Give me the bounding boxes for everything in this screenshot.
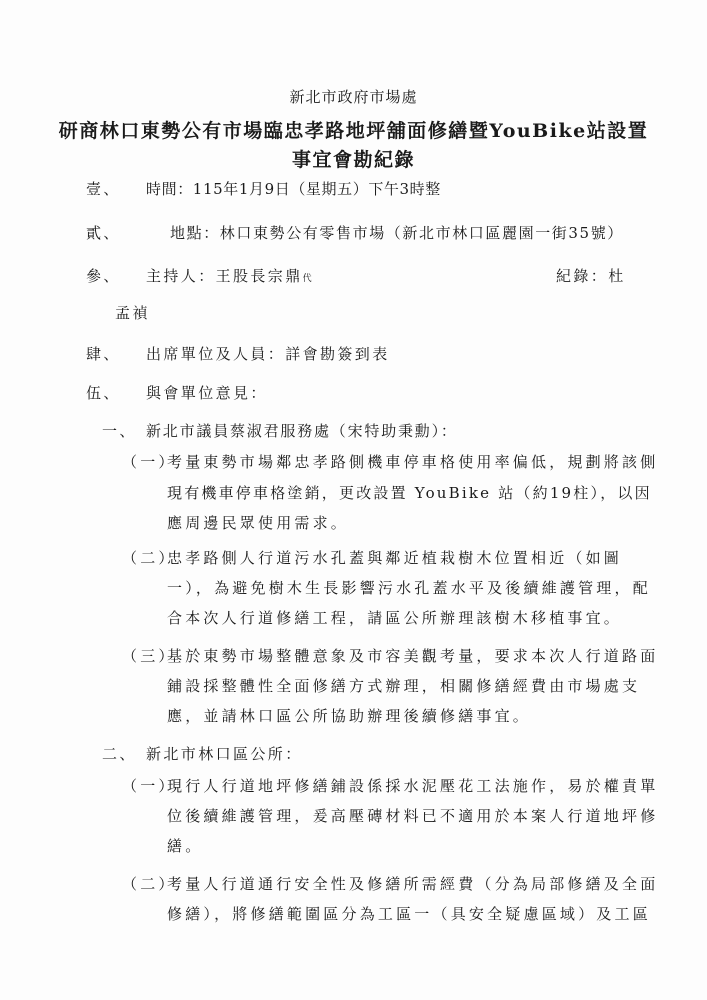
item-text-line: 忠孝路側人行道污水孔蓋與鄰近植栽樹木位置相近（如圖 [167,547,622,568]
host-name: 主持人：王股長宗鼎 [146,267,303,285]
item-text-line: 位後續維護管理，爰高壓磚材料已不適用於本案人行道地坪修 [167,805,658,826]
recorder-label: 紀錄：杜 [556,265,626,286]
attendees: 出席單位及人員：詳會勘簽到表 [146,343,390,364]
item-text-line: 繕。 [167,835,203,856]
item-text-line: 應周邊民眾使用需求。 [167,512,349,533]
item-text-line: 基於東勢市場整體意象及市容美觀考量，要求本次人行道路面 [167,645,658,666]
opinion-number: 一、 [102,420,137,441]
host-subscript: 代 [303,274,312,284]
item-text-line: 一），為避免樹木生長影響污水孔蓋水平及後續維護管理，配 [167,577,651,598]
document-page: 新北市政府市場處 研商林口東勢公有市場臨忠孝路地坪舖面修繕暨YouBike站設置… [0,0,707,1000]
item-text-line: 現行人行道地坪修繕鋪設係採水泥壓花工法施作，易於權責單 [167,775,658,796]
item-text-line: 鋪設採整體性全面修繕方式辦理，相關修繕經費由市場處支 [167,675,640,696]
item-text-line: 考量人行道通行安全性及修繕所需經費（分為局部修繕及全面 [167,873,658,894]
item-text-line: 考量東勢市場鄰忠孝路側機車停車格使用率偏低，規劃將該側 [167,451,658,472]
meeting-location: 地點：林口東勢公有零售市場（新北市林口區麗園一街35號） [170,222,624,243]
item-text-line: 修繕），將修繕範圍區分為工區一（具安全疑慮區域）及工區 [167,903,651,924]
meeting-host: 主持人：王股長宗鼎代 [146,265,312,286]
document-title-line-1: 研商林口東勢公有市場臨忠孝路地坪舖面修繕暨YouBike站設置 [0,116,707,143]
recorder-name-continuation: 孟禎 [115,302,150,323]
section-number: 肆、 [86,343,121,364]
opinion-number: 二、 [102,743,137,764]
opinions-heading: 與會單位意見： [146,382,268,403]
organization-header: 新北市政府市場處 [0,86,707,107]
opinion-unit: 新北市議員蔡淑君服務處（宋特助秉勳）： [146,420,458,441]
section-number: 壹、 [86,178,121,199]
item-text-line: 現有機車停車格塗銷，更改設置 YouBike 站（約19柱），以因 [167,482,652,503]
item-text-line: 合本次人行道修繕工程，請區公所辦理該樹木移植事宜。 [167,607,622,628]
document-title-line-2: 事宜會勘紀錄 [0,145,707,172]
meeting-time: 時間：115年1月9日（星期五）下午3時整 [146,178,441,199]
opinion-unit: 新北市林口區公所： [146,743,303,764]
section-number: 伍、 [86,382,121,403]
section-number: 參、 [86,265,121,286]
section-number: 貳、 [86,222,121,243]
item-text-line: 應，並請林口區公所協助辦理後續修繕事宜。 [167,705,531,726]
